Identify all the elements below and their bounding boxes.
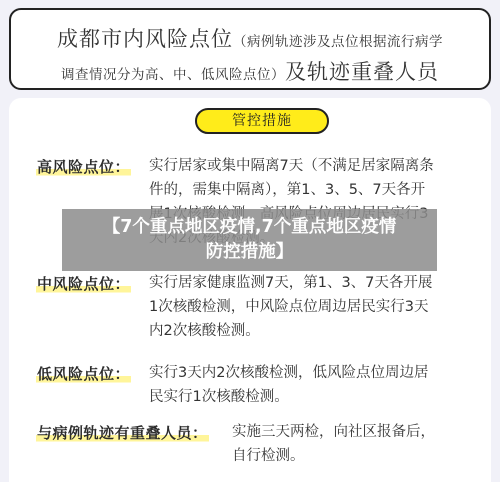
overlay-line-1: 【7个重点地区疫情,7个重点地区疫情 [62, 215, 437, 240]
title-tail: 及轨迹重叠人员 [285, 60, 439, 84]
label-low-risk: 低风险点位： [36, 363, 131, 384]
overlay-line-2: 防控措施】 [62, 240, 437, 265]
label-mid-risk: 中风险点位： [36, 273, 131, 294]
page: 成都市内风险点位（病例轨迹涉及点位根据流行病学 调查情况分为高、中、低风险点位）… [0, 0, 500, 482]
title-main: 成都市内风险点位 [57, 27, 233, 51]
title-note-1: （病例轨迹涉及点位根据流行病学 [233, 34, 443, 50]
section-pill: 管控措施 [195, 108, 329, 134]
measures-card: 管控措施 高风险点位： 实行居家或集中隔离7天（不满足居家隔离条 件的，需集中隔… [9, 98, 491, 482]
label-overlap: 与病例轨迹有重叠人员： [36, 422, 209, 443]
desc-low-risk: 实行3天内2次核酸检测，低风险点位周边居 民实行1次核酸检测。 [149, 361, 428, 409]
title-line-1: 成都市内风险点位（病例轨迹涉及点位根据流行病学 [11, 24, 489, 57]
caption-overlay: 【7个重点地区疫情,7个重点地区疫情 防控措施】 [62, 209, 437, 271]
title-note-2: 调查情况分为高、中、低风险点位） [61, 67, 285, 83]
label-high-risk: 高风险点位： [36, 156, 131, 177]
desc-mid-risk: 实行居家健康监测7天，第1、3、7天各开展 1次核酸检测，中风险点位周边居民实行… [149, 271, 432, 343]
title-box: 成都市内风险点位（病例轨迹涉及点位根据流行病学 调查情况分为高、中、低风险点位）… [9, 8, 491, 90]
desc-overlap: 实施三天两检，向社区报备后， 自行检测。 [232, 420, 435, 468]
title-line-2: 调查情况分为高、中、低风险点位）及轨迹重叠人员 [11, 57, 489, 90]
